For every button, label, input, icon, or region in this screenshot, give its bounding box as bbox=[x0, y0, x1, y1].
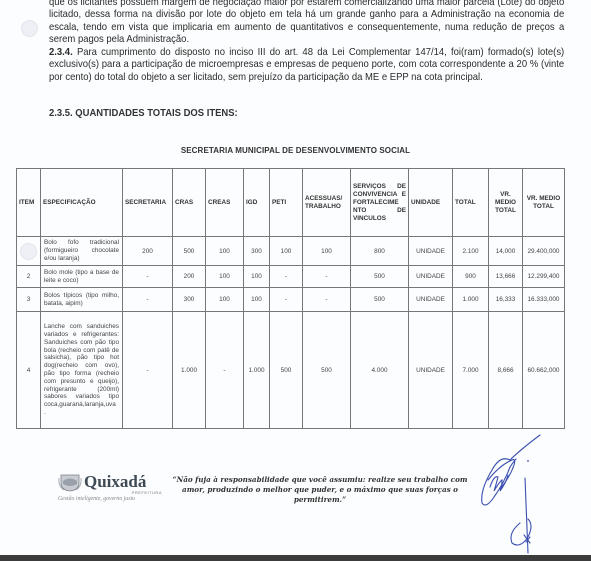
cell-creas: 100 bbox=[206, 288, 244, 312]
header-acessuas: ACESSUAS/ TRABALHO bbox=[303, 169, 351, 237]
cell-peti: 500 bbox=[270, 312, 303, 429]
table-row: 4 Lanche com sanduiches variados e refri… bbox=[17, 312, 565, 429]
table-caption: SECRETARIA MUNICIPAL DE DESENVOLVIMENTO … bbox=[0, 146, 591, 155]
cell-vr-medio-total: 12.299,400 bbox=[523, 266, 565, 288]
header-vr-medio-total: VR. MEDIO TOTAL bbox=[523, 169, 565, 237]
cell-cras: 300 bbox=[173, 288, 206, 312]
header-secretaria: SECRETARIA bbox=[123, 169, 173, 237]
paragraph-lot-division: que os licitantes possuem margem de nego… bbox=[49, 0, 564, 47]
cell-scfv: 500 bbox=[351, 288, 409, 312]
cell-cras: 500 bbox=[173, 237, 206, 266]
cell-scfv: 500 bbox=[351, 266, 409, 288]
cell-unidade: UNIDADE bbox=[409, 288, 453, 312]
cell-unidade: UNIDADE bbox=[409, 312, 453, 429]
signature-icon bbox=[470, 425, 580, 557]
cell-creas: - bbox=[206, 312, 244, 429]
cell-item bbox=[17, 237, 41, 266]
cell-item: 2 bbox=[17, 266, 41, 288]
table-header-row: ITEM ESPECIFICAÇÃO SECRETARIA CRAS CREAS… bbox=[17, 169, 565, 237]
cell-item: 3 bbox=[17, 288, 41, 312]
cell-total: 2.100 bbox=[453, 237, 489, 266]
cell-scfv: 4.000 bbox=[351, 312, 409, 429]
header-item: ITEM bbox=[17, 169, 41, 237]
header-vr-medio: VR. MEDIO TOTAL bbox=[489, 169, 523, 237]
quixada-logo: Quixadá PREFEITURA Gestão inteligente, g… bbox=[58, 472, 168, 502]
cell-acessuas: - bbox=[303, 266, 351, 288]
header-cras: CRAS bbox=[173, 169, 206, 237]
table-row: 3 Bolos típicos (tipo milho, batata, aip… bbox=[17, 288, 565, 312]
cell-vr-medio-total: 29.400,000 bbox=[523, 237, 565, 266]
cell-secretaria: 200 bbox=[123, 237, 173, 266]
cell-igd: 1.000 bbox=[244, 312, 270, 429]
header-total: TOTAL bbox=[453, 169, 489, 237]
cell-igd: 100 bbox=[244, 288, 270, 312]
cell-scfv: 800 bbox=[351, 237, 409, 266]
table-row: Bolo fofo tradicional (formigueiro choco… bbox=[17, 237, 565, 266]
paragraph-intro-text: que os licitantes possuem margem de nego… bbox=[49, 0, 564, 45]
cell-especificacao: Bolos típicos (tipo milho, batata, aipim… bbox=[41, 288, 123, 312]
cell-unidade: UNIDADE bbox=[409, 266, 453, 288]
hole-punch-mark bbox=[20, 243, 37, 260]
cell-vr-medio: 8,666 bbox=[489, 312, 523, 429]
cell-cras: 200 bbox=[173, 266, 206, 288]
clause-2-3-4: 2.3.4. Para cumprimento do disposto no i… bbox=[49, 47, 564, 84]
clause-number: 2.3.4. bbox=[49, 47, 73, 58]
cell-total: 7.000 bbox=[453, 312, 489, 429]
cell-unidade: UNIDADE bbox=[409, 237, 453, 266]
header-peti: PETI bbox=[270, 169, 303, 237]
cell-especificacao: Bolo fofo tradicional (formigueiro choco… bbox=[41, 237, 123, 266]
items-table: ITEM ESPECIFICAÇÃO SECRETARIA CRAS CREAS… bbox=[16, 168, 565, 429]
cell-acessuas: 100 bbox=[303, 237, 351, 266]
cell-vr-medio: 14,000 bbox=[489, 237, 523, 266]
header-especificacao: ESPECIFICAÇÃO bbox=[41, 169, 123, 237]
header-creas: CREAS bbox=[206, 169, 244, 237]
cell-secretaria: - bbox=[123, 266, 173, 288]
cell-secretaria: - bbox=[123, 312, 173, 429]
cell-igd: 300 bbox=[244, 237, 270, 266]
cell-acessuas: 500 bbox=[303, 312, 351, 429]
cell-especificacao: Lanche com sanduiches variados e refrige… bbox=[41, 312, 123, 429]
hole-punch-mark bbox=[21, 20, 38, 37]
header-igd: IGD bbox=[244, 169, 270, 237]
cell-item: 4 bbox=[17, 312, 41, 429]
cell-igd: 100 bbox=[244, 266, 270, 288]
header-scfv: SERVIÇOS DE CONVIVENCIA E FORTALECIME NT… bbox=[351, 169, 409, 237]
clause-text: Para cumprimento do disposto no inciso I… bbox=[49, 47, 564, 83]
cell-vr-medio: 16,333 bbox=[489, 288, 523, 312]
cell-vr-medio: 13,666 bbox=[489, 266, 523, 288]
section-heading: 2.3.5. QUANTIDADES TOTAIS DOS ITENS: bbox=[49, 107, 238, 119]
logo-name: Quixadá bbox=[84, 472, 146, 492]
cell-peti: - bbox=[270, 266, 303, 288]
logo-tagline: Gestão inteligente, governo justo bbox=[58, 496, 168, 502]
coat-of-arms-icon bbox=[58, 472, 82, 492]
header-unidade: UNIDADE bbox=[409, 169, 453, 237]
bottom-bar bbox=[0, 555, 591, 561]
cell-creas: 100 bbox=[206, 266, 244, 288]
document-page: que os licitantes possuem margem de nego… bbox=[0, 0, 591, 555]
cell-especificacao: Bolo mole (tipo a base de leite e coco) bbox=[41, 266, 123, 288]
cell-secretaria: - bbox=[123, 288, 173, 312]
cell-total: 1.000 bbox=[453, 288, 489, 312]
cell-cras: 1.000 bbox=[173, 312, 206, 429]
cell-peti: - bbox=[270, 288, 303, 312]
cell-acessuas: - bbox=[303, 288, 351, 312]
cell-vr-medio-total: 16.333,000 bbox=[523, 288, 565, 312]
footer-quote: “Não fuja à responsabilidade que você as… bbox=[160, 475, 480, 505]
cell-creas: 100 bbox=[206, 237, 244, 266]
cell-vr-medio-total: 60.662,000 bbox=[523, 312, 565, 429]
cell-total: 900 bbox=[453, 266, 489, 288]
table-row: 2 Bolo mole (tipo a base de leite e coco… bbox=[17, 266, 565, 288]
cell-peti: 100 bbox=[270, 237, 303, 266]
